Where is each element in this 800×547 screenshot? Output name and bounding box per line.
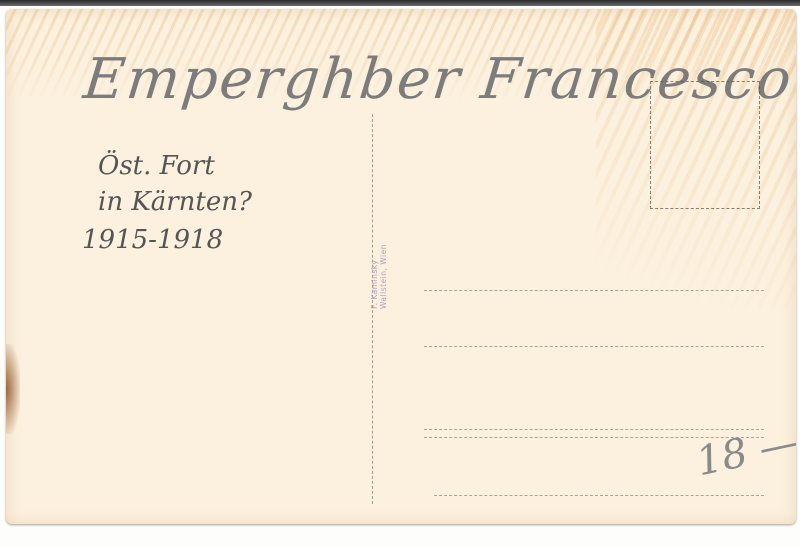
address-line-4 (434, 495, 764, 496)
handwritten-dates: 1915-1918 (82, 225, 223, 255)
publisher-imprint: F. Kaminsky Wallstein, Wien (370, 244, 388, 309)
center-divider (372, 114, 373, 504)
handwritten-note-line1: Öst. Fort (98, 151, 215, 181)
publisher-line2: Wallstein, Wien (379, 244, 388, 309)
address-line-3a (424, 429, 764, 430)
address-line-1 (424, 290, 764, 291)
handwritten-note-line2: in Kärnten? (98, 187, 252, 217)
address-line-2 (424, 346, 764, 347)
edge-stain (6, 344, 20, 434)
scanner-edge (0, 0, 800, 6)
stamp-box (650, 81, 760, 209)
publisher-line1: F. Kaminsky (370, 244, 379, 309)
postcard-back: Emperghber Francesco Öst. Fort in Kärnte… (6, 9, 796, 524)
